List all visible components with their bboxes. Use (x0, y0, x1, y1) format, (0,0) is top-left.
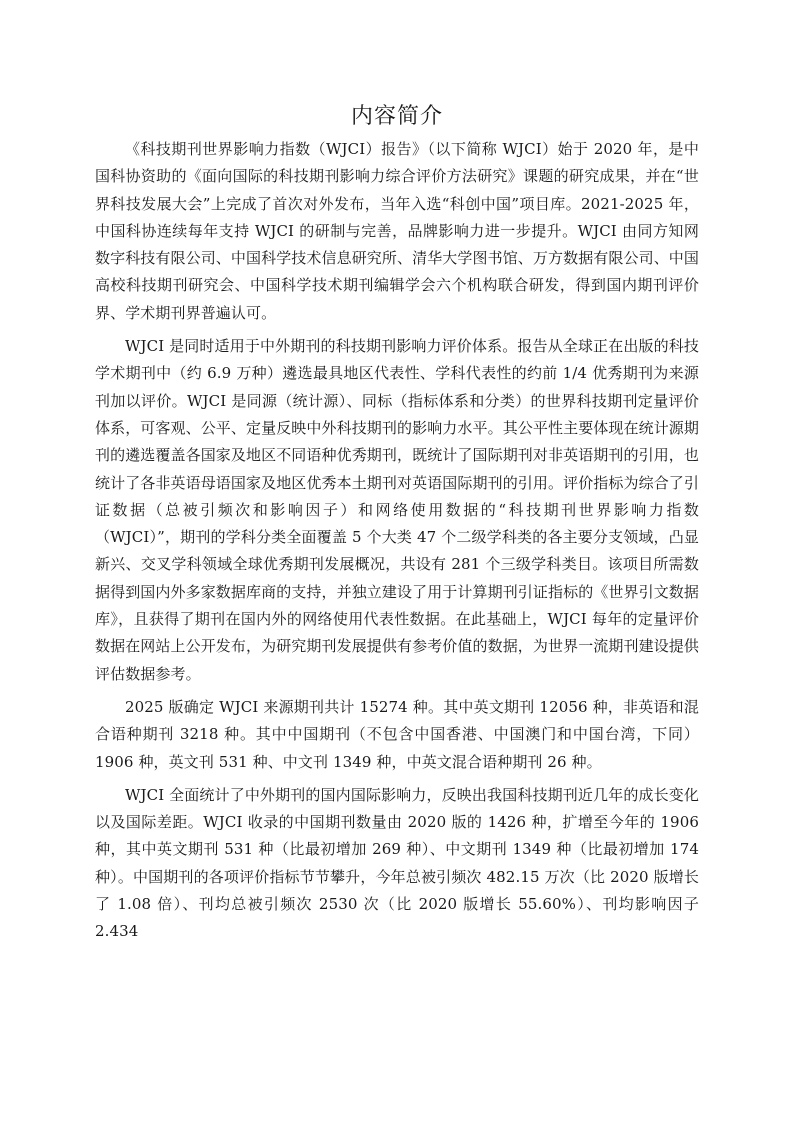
paragraph-2025-source-journals: 2025 版确定 WJCI 来源期刊共计 15274 种。其中英文期刊 1205… (95, 694, 699, 776)
document-page: 内容简介 《科技期刊世界影响力指数（WJCI）报告》（以下简称 WJCI）始于 … (95, 100, 699, 946)
paragraph-evaluation-system: WJCI 是同时适用于中外期刊的科技期刊影响力评价体系。报告从全球正在出版的科技… (95, 333, 699, 688)
page-title: 内容简介 (95, 100, 699, 134)
paragraph-intro: 《科技期刊世界影响力指数（WJCI）报告》（以下简称 WJCI）始于 2020 … (95, 136, 699, 327)
paragraph-china-journals-growth: WJCI 全面统计了中外期刊的国内国际影响力，反映出我国科技期刊近几年的成长变化… (95, 782, 699, 946)
